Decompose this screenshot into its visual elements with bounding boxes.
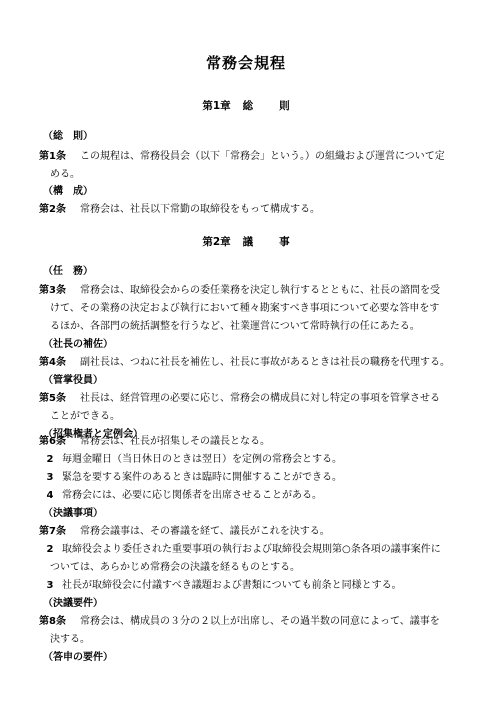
paragraph-number: 3 xyxy=(38,579,62,593)
article-line: 第1条この規程は、常務役員会（以下「常務会」という。）の組織および運営について定 xyxy=(39,150,445,164)
article-caption: （構 成） xyxy=(43,185,93,199)
paragraph-line: 3緊急を要する案件のあるときは臨時に開催することができる。 xyxy=(38,471,342,485)
article-caption: （社長の補佐） xyxy=(43,338,113,352)
article-caption: （総 則） xyxy=(43,130,93,144)
chapter-name-part: 則 xyxy=(279,100,290,112)
article-line: 第7条常務会議事は、その審議を経て、議長がこれを決する。 xyxy=(39,525,330,539)
article-continuation: ことができる。 xyxy=(50,410,120,424)
article-caption: （管掌役員） xyxy=(43,374,103,388)
article-text: この規程は、常務役員会（以下「常務会」という。）の組織および運営について定 xyxy=(80,151,445,162)
article-line: 第4条副社長は、つねに社長を補佐し、社長に事故があるときは社長の職務を代理する。 xyxy=(39,356,450,370)
chapter-number: 第2章 xyxy=(202,236,230,248)
chapter-name-part: 総 xyxy=(243,100,254,112)
paragraph-text: 社長が取締役会に付議すべき議題および書類についても前条と同様とする。 xyxy=(62,580,402,591)
article-caption: （決議要件） xyxy=(43,597,103,611)
article-text: 副社長は、つねに社長を補佐し、社長に事故があるときは社長の職務を代理する。 xyxy=(80,357,450,368)
article-number: 第1条 xyxy=(39,150,80,164)
document-title: 常務会規程 xyxy=(0,52,492,73)
article-continuation: める。 xyxy=(50,168,80,182)
article-text: 常務会は、社長以下常勤の取締役をもって構成する。 xyxy=(80,204,320,215)
paragraph-line: 2毎週金曜日（当日休日のときは翌日）を定例の常務会とする。 xyxy=(38,453,342,467)
chapter-name-part: 議 xyxy=(243,236,254,248)
article-text: 常務会は、取締役会からの委任業務を決定し執行するとともに、社長の諮問を受 xyxy=(80,285,440,296)
article-caption: （答申の要件） xyxy=(43,651,113,665)
article-line: 第3条常務会は、取締役会からの委任業務を決定し執行するとともに、社長の諮問を受 xyxy=(39,284,440,298)
article-number: 第4条 xyxy=(39,356,80,370)
article-text: 常務会は、社長が招集しその議長となる。 xyxy=(80,436,270,447)
article-number: 第6条 xyxy=(39,435,80,449)
paragraph-number: 4 xyxy=(38,489,62,503)
chapter-name-part: 事 xyxy=(279,236,290,248)
paragraph-text: 取締役会より委任された重要事項の執行および取締役会規則第○条各項の議事案件に xyxy=(62,544,441,555)
paragraph-text: 毎週金曜日（当日休日のときは翌日）を定例の常務会とする。 xyxy=(62,454,342,465)
paragraph-number: 2 xyxy=(38,453,62,467)
paragraph-text: 常務会には、必要に応じ関係者を出席させることがある。 xyxy=(62,490,322,501)
article-line: 第2条常務会は、社長以下常勤の取締役をもって構成する。 xyxy=(39,203,320,217)
article-number: 第3条 xyxy=(39,284,80,298)
chapter-heading-2: 第2章議事 xyxy=(0,234,492,249)
article-continuation: けて、その業務の決定および執行において種々勘案すべき事項について必要な答申をす xyxy=(50,302,439,316)
article-text: 社長は、経営管理の必要に応じ、常務会の構成員に対し特定の事項を管掌させる xyxy=(80,393,440,404)
article-continuation: 決する。 xyxy=(50,633,90,647)
paragraph-line: 2取締役会より委任された重要事項の執行および取締役会規則第○条各項の議事案件に xyxy=(38,543,441,557)
article-caption: （任 務） xyxy=(43,265,93,279)
paragraph-number: 3 xyxy=(38,471,62,485)
article-text: 常務会議事は、その審議を経て、議長がこれを決する。 xyxy=(80,526,330,537)
article-continuation: るほか、各部門の統括調整を行うなど、社業運営について常時執行の任にあたる。 xyxy=(50,320,420,334)
article-number: 第7条 xyxy=(39,525,80,539)
article-number: 第5条 xyxy=(39,392,80,406)
article-caption: （決議事項） xyxy=(43,507,103,521)
article-line: 第8条常務会は、構成員の３分の２以上が出席し、その過半数の同意によって、議事を xyxy=(39,615,440,629)
article-number: 第2条 xyxy=(39,203,80,217)
paragraph-number: 2 xyxy=(38,543,62,557)
article-number: 第8条 xyxy=(39,615,80,629)
paragraph-line: 4常務会には、必要に応じ関係者を出席させることがある。 xyxy=(38,489,322,503)
paragraph-line: 3社長が取締役会に付議すべき議題および書類についても前条と同様とする。 xyxy=(38,579,402,593)
chapter-heading-1: 第1章総則 xyxy=(0,98,492,113)
chapter-number: 第1章 xyxy=(202,100,230,112)
article-line: 第6条常務会は、社長が招集しその議長となる。 xyxy=(39,435,270,449)
paragraph-continuation: ついては、あらかじめ常務会の決議を経るものとする。 xyxy=(50,561,300,575)
article-line: 第5条社長は、経営管理の必要に応じ、常務会の構成員に対し特定の事項を管掌させる xyxy=(39,392,440,406)
document-page: 常務会規程 第1章総則 （総 則） 第1条この規程は、常務役員会（以下「常務会」… xyxy=(0,0,492,706)
paragraph-text: 緊急を要する案件のあるときは臨時に開催することができる。 xyxy=(62,472,342,483)
article-text: 常務会は、構成員の３分の２以上が出席し、その過半数の同意によって、議事を xyxy=(80,616,440,627)
